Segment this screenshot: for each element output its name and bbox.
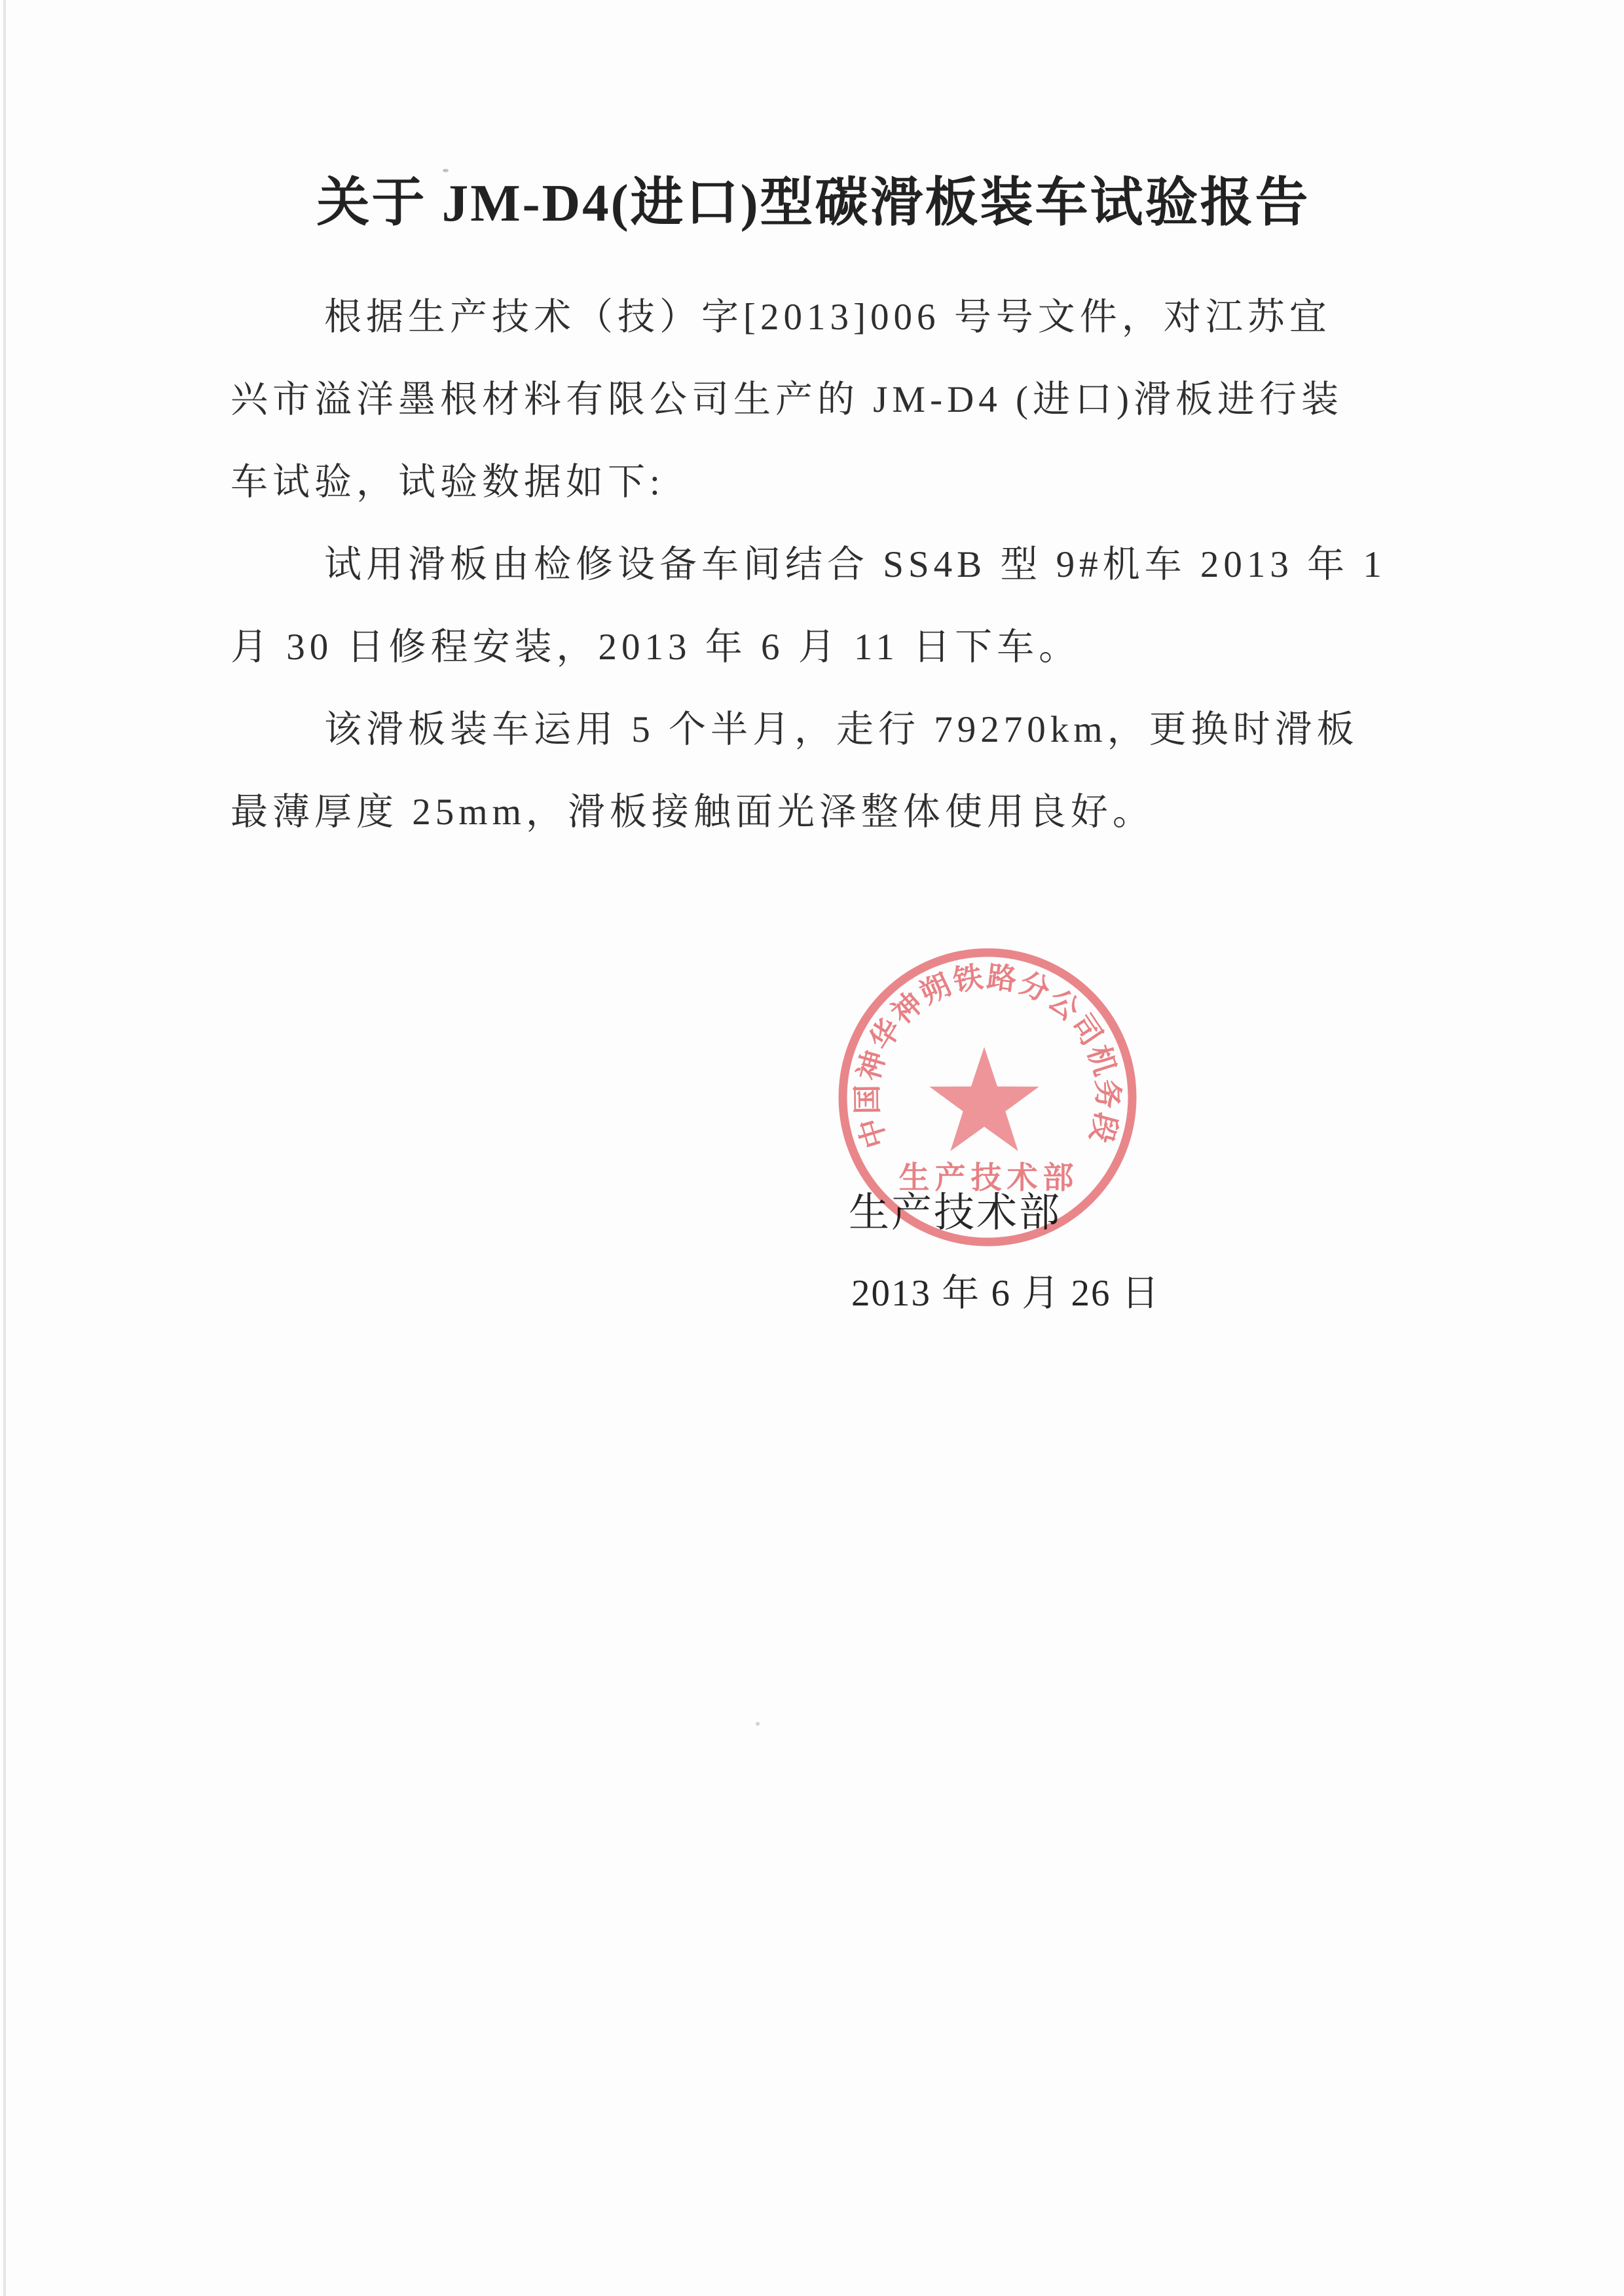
scan-speckle xyxy=(443,169,449,172)
body-line: 根据生产技术（技）字[2013]006 号号文件，对江苏宜 xyxy=(231,276,1403,359)
scan-speckle xyxy=(756,1722,760,1726)
official-stamp: 中国神华神朔铁路分公司机务段 生产技术部 xyxy=(830,940,1145,1254)
body-line: 最薄厚度 25mm，滑板接触面光泽整体使用良好。 xyxy=(231,771,1403,854)
stamp-inner-text: 生产技术部 xyxy=(899,1161,1079,1195)
signature-date: 2013 年 6 月 26 日 xyxy=(851,1271,1160,1316)
star-icon xyxy=(929,1047,1039,1151)
scan-edge-artifact xyxy=(3,0,6,2296)
body-line: 试用滑板由检修设备车间结合 SS4B 型 9#机车 2013 年 1 xyxy=(231,524,1403,606)
document-page: 关于 JM-D4(进口)型碳滑板装车试验报告 根据生产技术（技）字[2013]0… xyxy=(0,0,1624,2296)
body-line: 兴市溢洋墨根材料有限公司生产的 JM-D4 (进口)滑板进行装 xyxy=(231,359,1403,441)
body-line: 车试验，试验数据如下: xyxy=(231,441,1403,524)
body-line: 该滑板装车运用 5 个半月，走行 79270km，更换时滑板 xyxy=(231,689,1403,771)
document-title: 关于 JM-D4(进口)型碳滑板装车试验报告 xyxy=(231,175,1396,230)
body-line: 月 30 日修程安装，2013 年 6 月 11 日下车。 xyxy=(231,606,1403,689)
document-body: 根据生产技术（技）字[2013]006 号号文件，对江苏宜 兴市溢洋墨根材料有限… xyxy=(231,276,1403,854)
